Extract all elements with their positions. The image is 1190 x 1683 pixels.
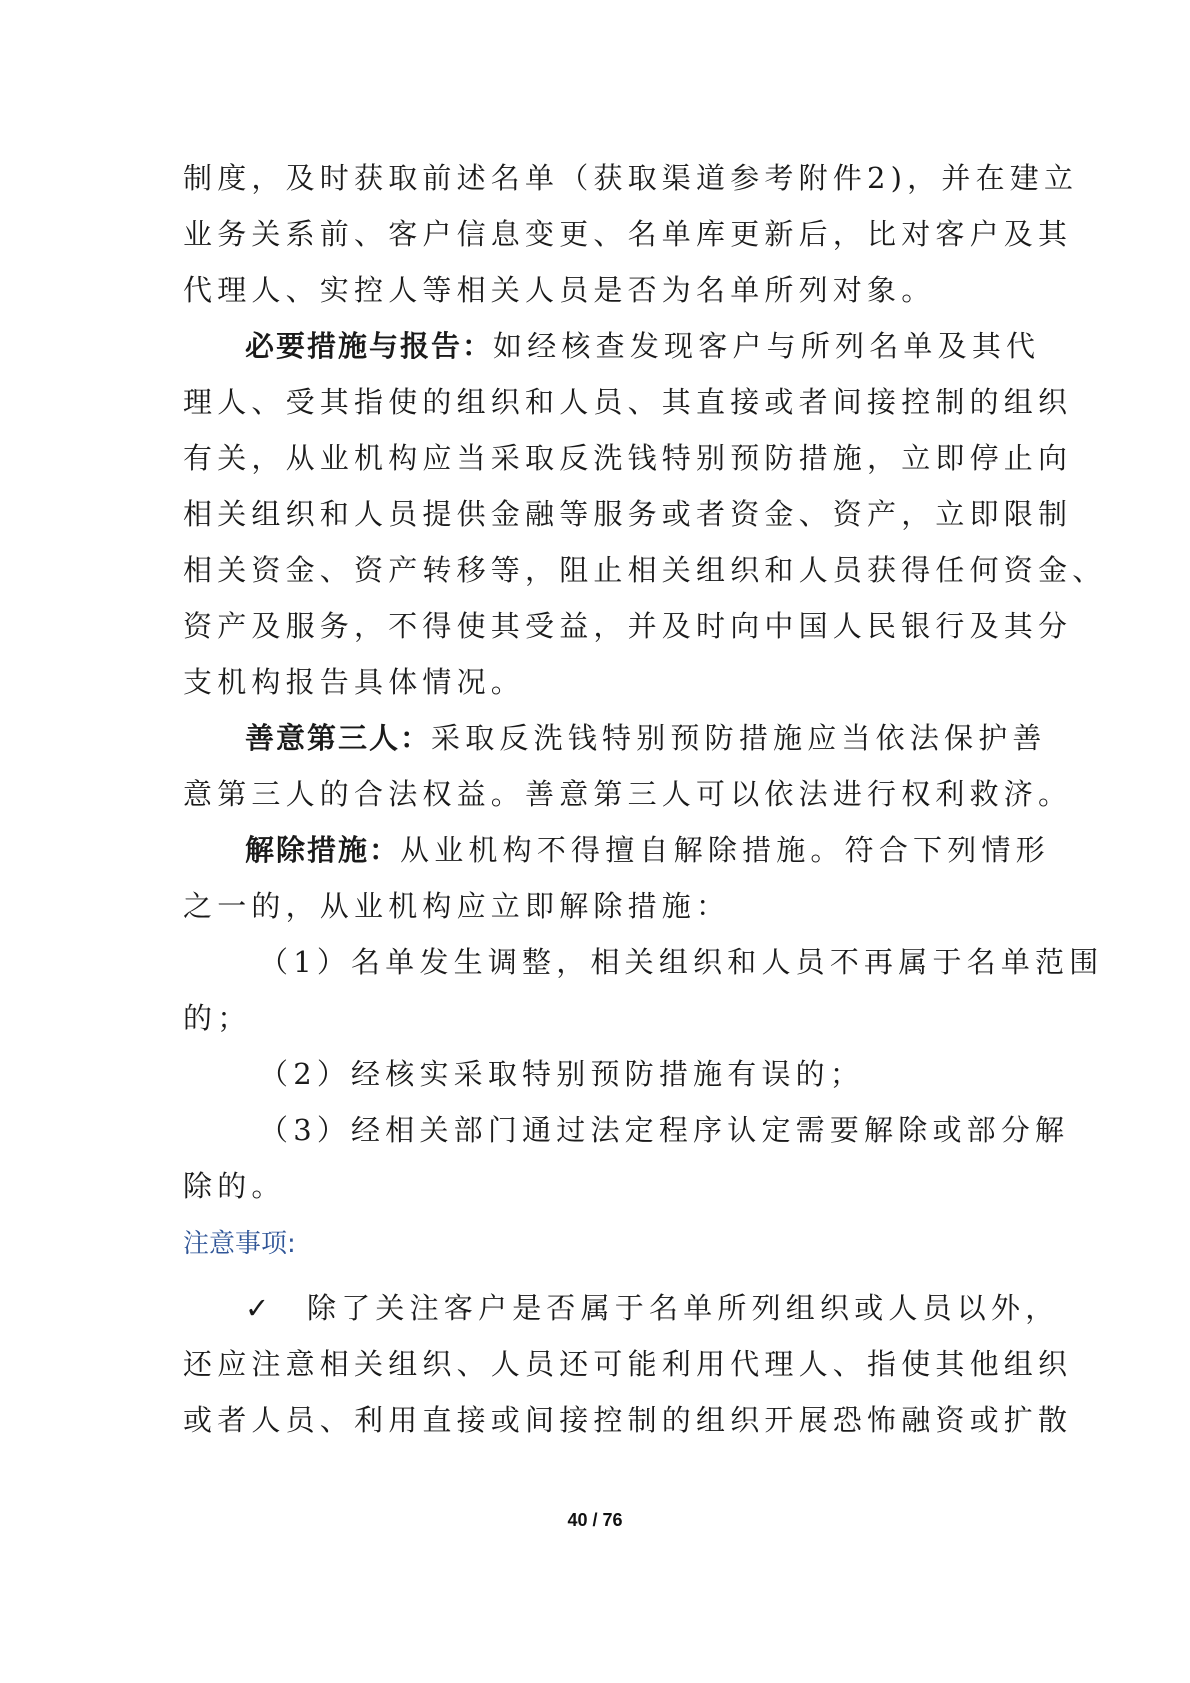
measures-heading: 必要措施与报告： [245, 329, 493, 363]
document-page: 制度，及时获取前述名单（获取渠道参考附件2)，并在建立 业务关系前、客户信息变更… [183, 150, 1018, 1448]
notes-bullet-text: 除了关注客户是否属于名单所列组织或人员以外， [307, 1291, 1059, 1325]
page-number: 40 / 76 [0, 1510, 1190, 1531]
paragraph-line: 支机构报告具体情况。 [183, 654, 1018, 710]
paragraph-line: 之一的，从业机构应立即解除措施： [183, 878, 1018, 934]
release-item-3-continued: 除的。 [183, 1158, 1018, 1214]
release-text: 从业机构不得擅自解除措施。符合下列情形 [400, 833, 1050, 867]
release-item-1: （1）名单发生调整，相关组织和人员不再属于名单范围 [183, 934, 1018, 990]
release-item-2: （2）经核实采取特别预防措施有误的； [183, 1046, 1018, 1102]
release-item-3: （3）经相关部门通过法定程序认定需要解除或部分解 [183, 1102, 1018, 1158]
paragraph-line: 制度，及时获取前述名单（获取渠道参考附件2)，并在建立 [183, 150, 1018, 206]
measures-text: 如经核查发现客户与所列名单及其代 [493, 329, 1040, 363]
third-party-heading: 善意第三人： [245, 721, 431, 755]
paragraph-line: 相关组织和人员提供金融等服务或者资金、资产，立即限制 [183, 486, 1018, 542]
third-party-paragraph-first-line: 善意第三人：采取反洗钱特别预防措施应当依法保护善 [183, 710, 1018, 766]
paragraph-line: 资产及服务，不得使其受益，并及时向中国人民银行及其分 [183, 598, 1018, 654]
paragraph-line: 有关，从业机构应当采取反洗钱特别预防措施，立即停止向 [183, 430, 1018, 486]
paragraph-line: 相关资金、资产转移等，阻止相关组织和人员获得任何资金、 [183, 542, 1018, 598]
paragraph-line: 还应注意相关组织、人员还可能利用代理人、指使其他组织 [183, 1336, 1018, 1392]
paragraph-line: 意第三人的合法权益。善意第三人可以依法进行权利救济。 [183, 766, 1018, 822]
measures-paragraph-first-line: 必要措施与报告：如经核查发现客户与所列名单及其代 [183, 318, 1018, 374]
release-paragraph-first-line: 解除措施：从业机构不得擅自解除措施。符合下列情形 [183, 822, 1018, 878]
third-party-text: 采取反洗钱特别预防措施应当依法保护善 [431, 721, 1047, 755]
release-heading: 解除措施： [245, 833, 400, 867]
notes-title: 注意事项: [183, 1216, 1018, 1272]
checkmark-icon: ✓ [245, 1280, 307, 1336]
paragraph-line: 代理人、实控人等相关人员是否为名单所列对象。 [183, 262, 1018, 318]
paragraph-line: 业务关系前、客户信息变更、名单库更新后，比对客户及其 [183, 206, 1018, 262]
notes-bullet-first-line: ✓除了关注客户是否属于名单所列组织或人员以外， [183, 1280, 1018, 1336]
release-item-1-continued: 的； [183, 990, 1018, 1046]
paragraph-line: 理人、受其指使的组织和人员、其直接或者间接控制的组织 [183, 374, 1018, 430]
paragraph-line: 或者人员、利用直接或间接控制的组织开展恐怖融资或扩散 [183, 1392, 1018, 1448]
